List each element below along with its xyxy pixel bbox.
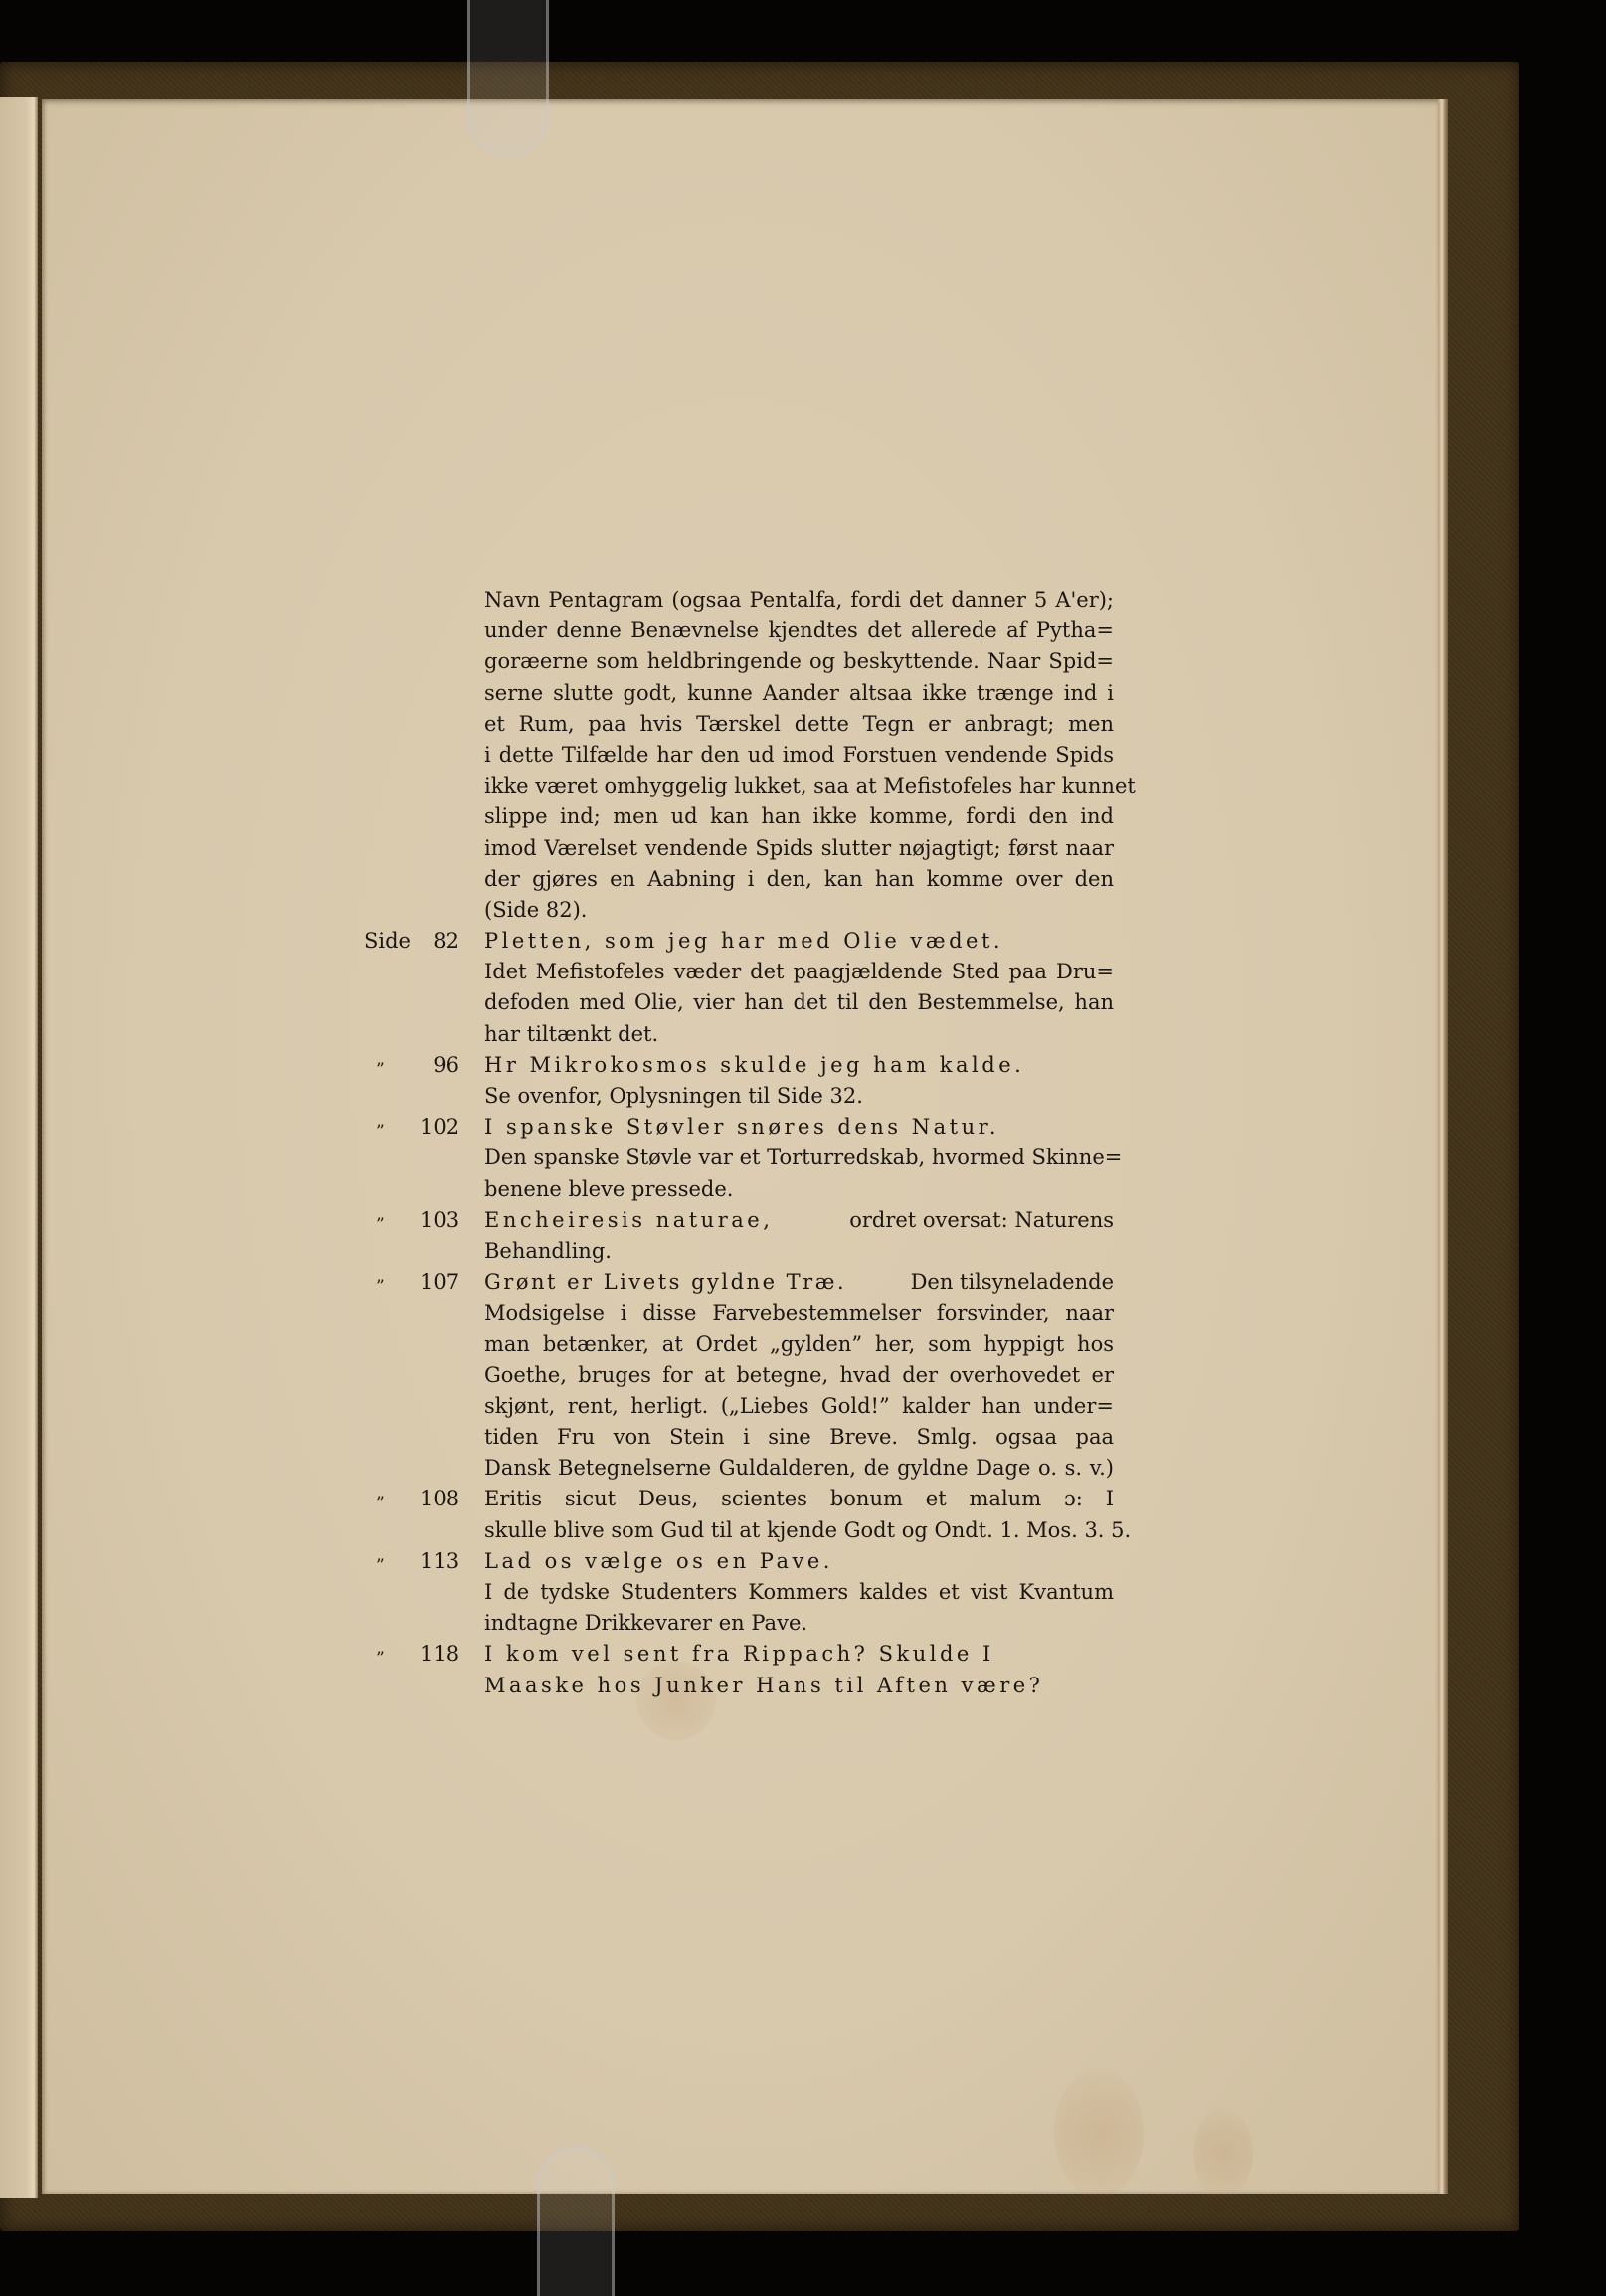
note-heading-rest: Den tilsyneladende [911, 1267, 1114, 1298]
note-line: har tiltænkt det. [484, 1019, 1114, 1050]
page-clip-bottom [537, 2146, 615, 2296]
note-line: Dansk Betegnelserne Guldalderen, de gyld… [484, 1453, 1114, 1484]
note-entry: Side 82 Pletten, som jeg har med Olie væ… [358, 926, 1114, 957]
page-text: Navn Pentagram (ogsaa Pentalfa, fordi de… [358, 585, 1114, 1701]
note-heading-line: Encheiresis naturae, ordret oversat: Nat… [484, 1205, 1114, 1236]
note-heading: I kom vel sent fra Rippach? Skulde I [484, 1639, 1114, 1670]
note-entry: ” 118 I kom vel sent fra Rippach? Skulde… [358, 1639, 1114, 1670]
intro-line: et Rum, paa hvis Tærskel dette Tegn er a… [484, 709, 1114, 740]
note-entry: ” 103 Encheiresis naturae, ordret oversa… [358, 1205, 1114, 1236]
note-heading-line: Grønt er Livets gyldne Træ. Den tilsynel… [484, 1267, 1114, 1298]
note-line: tiden Fru von Stein i sine Breve. Smlg. … [484, 1422, 1114, 1453]
intro-line: i dette Tilfælde har den ud imod Forstue… [484, 740, 1114, 771]
note-heading: Eritis sicut Deus, scientes bonum et mal… [484, 1484, 1114, 1514]
note-line: Goethe, bruges for at betegne, hvad der … [484, 1360, 1114, 1391]
note-line: skjønt, rent, herligt. („Liebes Gold!” k… [484, 1391, 1114, 1422]
ref-label: Side [364, 926, 411, 957]
note-heading: Pletten, som jeg har med Olie vædet. [484, 926, 1114, 957]
paper-stain [1193, 2108, 1253, 2198]
note-line: indtagne Drikkevarer en Pave. [484, 1608, 1114, 1639]
ref-page-number: 96 [420, 1050, 459, 1081]
ref-page-number: 102 [420, 1112, 459, 1143]
note-heading: Encheiresis naturae, [484, 1208, 773, 1232]
ref-page-number: 82 [420, 926, 459, 957]
note-heading: Hr Mikrokosmos skulde jeg ham kalde. [484, 1050, 1114, 1081]
intro-line: goræerne som heldbringende og beskyttend… [484, 646, 1114, 677]
note-heading-continued: Maaske hos Junker Hans til Aften være? [484, 1671, 1114, 1701]
intro-line: under denne Benævnelse kjendtes det alle… [484, 616, 1114, 646]
note-heading: Grønt er Livets gyldne Træ. [484, 1270, 846, 1294]
note-entry: ” 96 Hr Mikrokosmos skulde jeg ham kalde… [358, 1050, 1114, 1081]
note-line: Se ovenfor, Oplysningen til Side 32. [484, 1081, 1114, 1112]
page-edge [1438, 99, 1448, 2194]
intro-line: slippe ind; men ud kan han ikke komme, f… [484, 801, 1114, 832]
intro-line: imod Værelset vendende Spids slutter nøj… [484, 833, 1114, 864]
intro-line: Navn Pentagram (ogsaa Pentalfa, fordi de… [484, 585, 1114, 616]
note-line: Den spanske Støvle var et Torturredskab,… [484, 1143, 1114, 1173]
note-heading-rest: ordret oversat: Naturens [849, 1205, 1114, 1236]
note-line: man betænker, at Ordet „gylden” her, som… [484, 1329, 1114, 1360]
note-entry: ” 113 Lad os vælge os en Pave. [358, 1546, 1114, 1577]
intro-line: ikke været omhyggelig lukket, saa at Mef… [484, 771, 1114, 801]
note-entry: ” 107 Grønt er Livets gyldne Træ. Den ti… [358, 1267, 1114, 1298]
note-line: Behandling. [484, 1236, 1114, 1267]
ref-page-number: 103 [420, 1205, 459, 1236]
left-page-edge [0, 97, 38, 2198]
ref-page-number: 107 [420, 1267, 459, 1298]
note-line: Idet Mefistofeles væder det paagjældende… [484, 957, 1114, 987]
intro-line: (Side 82). [484, 895, 1114, 926]
page-clip-top [467, 0, 549, 157]
ref-page-number: 113 [420, 1546, 459, 1577]
ref-page-number: 118 [420, 1639, 459, 1670]
intro-line: der gjøres en Aabning i den, kan han kom… [484, 864, 1114, 895]
note-heading: I spanske Støvler snøres dens Natur. [484, 1112, 1114, 1143]
intro-line: serne slutte godt, kunne Aander altsaa i… [484, 678, 1114, 709]
ref-page-number: 108 [420, 1484, 459, 1514]
note-heading: Lad os vælge os en Pave. [484, 1546, 1114, 1577]
paper-stain [1054, 2068, 1144, 2198]
note-entry: ” 108 Eritis sicut Deus, scientes bonum … [358, 1484, 1114, 1514]
note-line: Modsigelse i disse Farvebestemmelser for… [484, 1298, 1114, 1328]
note-line: defoden med Olie, vier han det til den B… [484, 987, 1114, 1018]
note-line: skulle blive som Gud til at kjende Godt … [484, 1515, 1114, 1546]
note-line: benene bleve pressede. [484, 1174, 1114, 1205]
note-entry: ” 102 I spanske Støvler snøres dens Natu… [358, 1112, 1114, 1143]
note-line: I de tydske Studenters Kommers kaldes et… [484, 1577, 1114, 1608]
